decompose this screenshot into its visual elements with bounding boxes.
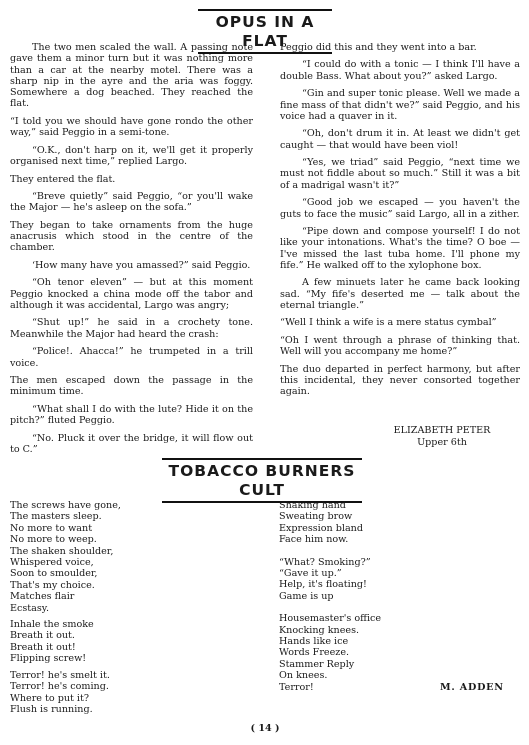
poem-line: The masters sleep. [10,511,121,522]
poem-line: Game is up [279,591,381,602]
poem-line: Terror! he's coming. [10,681,121,692]
paragraph: The duo departed in perfect harmony, but… [280,364,520,398]
poem-line: Inhale the smoke [10,619,121,630]
paragraph: The two men scaled the wall. A passing n… [10,42,253,110]
poem-line: Soon to smoulder, [10,568,121,579]
poem-line: Stammer Reply [279,659,381,670]
poem-line: Sweating brow [279,511,381,522]
paragraph: They entered the flat. [10,174,253,185]
poem-line: Knocking knees. [279,625,381,636]
poem-line: Expression bland [279,523,381,534]
stanza: Housemaster's officeKnocking knees.Hands… [279,613,381,693]
paragraph: “O.K., don't harp on it, we'll get it pr… [10,145,253,168]
poem-line: “Gave it up.” [279,568,381,579]
paragraph: “Pipe down and compose yourself! I do no… [280,226,520,271]
paragraph: “Police!. Ahacca!” he trumpeted in a tri… [10,346,253,369]
poem-line: Terror! he's smelt it. [10,670,121,681]
poem-line: That's my choice. [10,580,121,591]
poem-line: Flush is running. [10,704,121,715]
paragraph: “Gin and super tonic please. Well we mad… [280,88,520,122]
stanza: Inhale the smokeBreath it out.Breath it … [10,619,121,665]
paragraph: ‘How many have you amassed?” said Peggio… [10,260,253,271]
poem-line: Face him now. [279,534,381,545]
poem-line: No more to weep. [10,534,121,545]
paragraph: The men escaped down the passage in the … [10,375,253,398]
paragraph: “Oh I went through a phrase of thinking … [280,335,520,358]
poem-line: Help, it's floating! [279,579,381,590]
stanza: Shaking handSweating browExpression blan… [279,500,381,546]
paragraph: They began to take ornaments from the hu… [10,220,253,254]
magazine-page: OPUS IN A FLAT The two men scaled the wa… [0,0,529,745]
article-title-tobacco: TOBACCO BURNERS CULT [162,458,362,503]
article1-author-form: Upper 6th [382,437,502,449]
stanza: The screws have gone,The masters sleep.N… [10,500,121,614]
poem-line: Shaking hand [279,500,381,511]
poem-line: “What? Smoking?” [279,557,381,568]
paragraph: “Oh, don't drum it in. At least we didn'… [280,128,520,151]
paragraph: “Good job we escaped — you haven't the g… [280,197,520,220]
poem-line: Ecstasy. [10,603,121,614]
poem-line: Flipping screw! [10,653,121,664]
paragraph: “What shall I do with the lute? Hide it … [10,404,253,427]
stanza: “What? Smoking?”“Gave it up.”Help, it's … [279,557,381,603]
paragraph: A few minuets later he came back looking… [280,277,520,311]
paragraph: “Oh tenor eleven” — but at this moment P… [10,277,253,311]
poem-author: M. ADDEN [440,682,504,693]
poem-right-column: Shaking handSweating browExpression blan… [279,500,381,704]
paragraph: “Yes, we triad” said Peggio, “next time … [280,157,520,191]
paragraph: “I could do with a tonic — I think I'll … [280,59,520,82]
paragraph: “Breve quietly” said Peggio, “or you'll … [10,191,253,214]
page-number: ( 14 ) [240,723,290,734]
stanza: Terror! he's smelt it.Terror! he's comin… [10,670,121,716]
paragraph: Peggio did this and they went into a bar… [280,42,520,53]
poem-line: Whispered voice, [10,557,121,568]
paragraph: “I told you we should have gone rondo th… [10,116,253,139]
poem-line: Words Freeze. [279,647,381,658]
poem-line: Terror! [279,682,381,693]
article1-signature: ELIZABETH PETER Upper 6th [382,425,502,449]
paragraph: “Well I think a wife is a mere status cy… [280,317,520,328]
paragraph: “No. Pluck it over the bridge, it will f… [10,433,253,456]
poem-line: Where to put it? [10,693,121,704]
article1-right-column: Peggio did this and they went into a bar… [280,42,520,404]
poem-line: Housemaster's office [279,613,381,624]
poem-line: Breath it out. [10,630,121,641]
article1-author: ELIZABETH PETER [382,425,502,437]
poem-line: Breath it out! [10,642,121,653]
poem-line: The shaken shoulder, [10,546,121,557]
poem-left-column: The screws have gone,The masters sleep.N… [10,500,121,720]
poem-line: The screws have gone, [10,500,121,511]
paragraph: “Shut up!” he said in a crochety tone. M… [10,317,253,340]
poem-line: Matches flair [10,591,121,602]
poem-line: No more to want [10,523,121,534]
poem-line: On knees. [279,670,381,681]
article1-left-column: The two men scaled the wall. A passing n… [10,42,253,461]
poem-line: Hands like ice [279,636,381,647]
